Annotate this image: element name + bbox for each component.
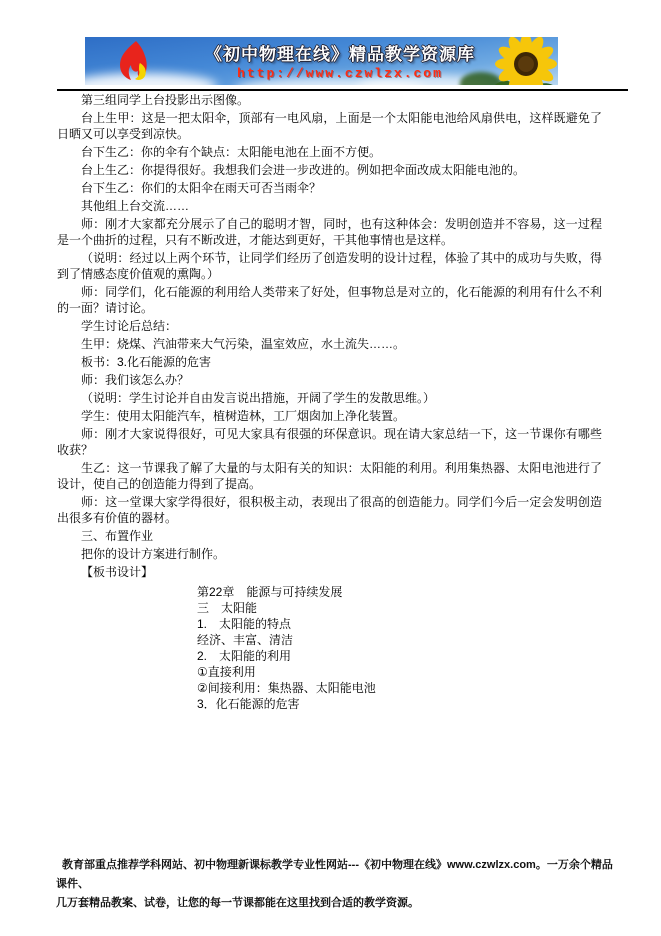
board-design-line: ①直接利用 (197, 664, 602, 680)
board-design-line: 第22章 能源与可持续发展 (197, 584, 602, 600)
paragraph: 学生：使用太阳能汽车，植树造林，工厂烟囱加上净化装置。 (57, 408, 602, 424)
sunflower-icon (495, 37, 557, 85)
paragraph: 其他组上台交流…… (57, 198, 602, 214)
paragraph: 第三组同学上台投影出示图像。 (57, 92, 602, 108)
paragraph: 生甲：烧煤、汽油带来大气污染，温室效应，水土流失……。 (57, 336, 602, 352)
paragraph: 师：刚才大家都充分展示了自己的聪明才智，同时，也有这种体会：发明创造并不容易，这… (57, 216, 602, 248)
paragraph: 台上生甲：这是一把太阳伞，顶部有一电风扇，上面是一个太阳能电池给风扇供电，这样既… (57, 110, 602, 142)
paragraph: 把你的设计方案进行制作。 (57, 546, 602, 562)
paragraph: （说明：学生讨论并自由发言说出措施，开阔了学生的发散思维。） (57, 390, 602, 406)
document-page: 《初中物理在线》精品教学资源库 http://www.czwlzx.com (0, 0, 661, 936)
board-design-block: 第22章 能源与可持续发展三 太阳能1. 太阳能的特点经济、丰富、清洁2. 太阳… (197, 584, 602, 712)
site-url: http://www.czwlzx.com (180, 66, 500, 81)
paragraph: 师：同学们，化石能源的利用给人类带来了好处，但事物总是对立的，化石能源的利用有什… (57, 284, 602, 316)
flame-logo-icon (111, 40, 151, 82)
board-design-line: ②间接利用：集热器、太阳能电池 (197, 680, 602, 696)
paragraph: 台下生乙：你们的太阳伞在雨天可否当雨伞？ (57, 180, 602, 196)
paragraph: 师：这一堂课大家学得很好，很积极主动，表现出了很高的创造能力。同学们今后一定会发… (57, 494, 602, 526)
paragraph: 师：我们该怎么办？ (57, 372, 602, 388)
divider-line (57, 89, 628, 91)
banner-text: 《初中物理在线》精品教学资源库 http://www.czwlzx.com (180, 40, 500, 81)
paragraph: 生乙：这一节课我了解了大量的与太阳有关的知识：太阳能的利用。利用集热器、太阳电池… (57, 460, 602, 492)
paragraph: 台下生乙：你的伞有个缺点：太阳能电池在上面不方便。 (57, 144, 602, 160)
footer-line-2: 几万套精品教案、试卷，让您的每一节课都能在这里找到合适的教学资源。 (56, 894, 614, 913)
board-design-line: 2. 太阳能的利用 (197, 648, 602, 664)
footer-line-1: 教育部重点推荐学科网站、初中物理新课标教学专业性网站---《初中物理在线》www… (56, 856, 614, 894)
footer-promo: 教育部重点推荐学科网站、初中物理新课标教学专业性网站---《初中物理在线》www… (56, 856, 614, 913)
paragraph: 板书：3.化石能源的危害 (57, 354, 602, 370)
paragraph: 学生讨论后总结： (57, 318, 602, 334)
paragraph: 师：刚才大家说得很好，可见大家具有很强的环保意识。现在请大家总结一下，这一节课你… (57, 426, 602, 458)
site-title: 《初中物理在线》精品教学资源库 (180, 40, 500, 65)
board-design-line: 1. 太阳能的特点 (197, 616, 602, 632)
paragraph-list: 第三组同学上台投影出示图像。台上生甲：这是一把太阳伞，顶部有一电风扇，上面是一个… (57, 92, 602, 580)
board-design-line: 3．化石能源的危害 (197, 696, 602, 712)
paragraph: 台上生乙：你提得很好。我想我们会进一步改进的。例如把伞面改成太阳能电池的。 (57, 162, 602, 178)
lesson-content: 第三组同学上台投影出示图像。台上生甲：这是一把太阳伞，顶部有一电风扇，上面是一个… (57, 92, 602, 712)
board-design-line: 经济、丰富、清洁 (197, 632, 602, 648)
paragraph: 【板书设计】 (57, 564, 602, 580)
paragraph: （说明：经过以上两个环节，让同学们经历了创造发明的设计过程，体验了其中的成功与失… (57, 250, 602, 282)
site-banner: 《初中物理在线》精品教学资源库 http://www.czwlzx.com (85, 37, 558, 85)
paragraph: 三、布置作业 (57, 528, 602, 544)
board-design-line: 三 太阳能 (197, 600, 602, 616)
